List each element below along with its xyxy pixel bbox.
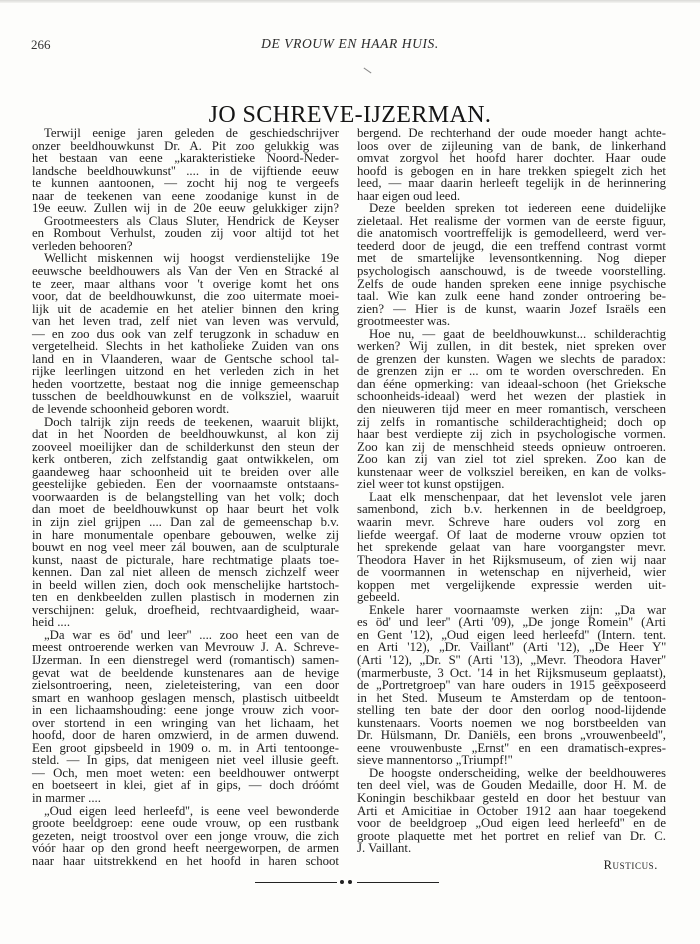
text-line: taal. Wie kan zulk eene hand zonder ontr… bbox=[357, 290, 666, 303]
text-line: sieve mannentorso „Triumpf!'' bbox=[357, 754, 666, 767]
text-line: van het leven trad, zelf niet van leven … bbox=[32, 315, 339, 328]
text-line: werken? Wij zullen, in dit bestek, niet … bbox=[357, 340, 666, 353]
text-line: (Arti '12), „Dr. S'' (Arti '13), „Mevr. … bbox=[357, 654, 666, 667]
text-column-left: Terwijl eenige jaren geleden de geschied… bbox=[32, 127, 339, 867]
text-line: Zoo kan zij van ziel tot ziel spreken. Z… bbox=[357, 453, 666, 466]
ornament-rule-left bbox=[255, 882, 337, 883]
end-ornament bbox=[255, 880, 439, 886]
text-line: in marmer .... bbox=[32, 792, 339, 805]
text-line: te kunnen aantoonen, — zocht hij nog te … bbox=[32, 177, 339, 190]
text-line: kerk ontberen, zich zelfstandig gaat ont… bbox=[32, 453, 339, 466]
text-line: naar haar uitstrekkend en het hoofd in h… bbox=[32, 855, 339, 868]
running-head: DE VROUW EN HAAR HUIS. bbox=[0, 36, 700, 52]
text-line: het sprekende gelaat van hare voorgangst… bbox=[357, 541, 666, 554]
text-line: verschijnen: geluk, droefheid, rechtvaar… bbox=[32, 604, 339, 617]
text-line: bergend. De rechterhand der oude moeder … bbox=[357, 127, 666, 140]
text-column-right: bergend. De rechterhand der oude moeder … bbox=[357, 127, 666, 855]
text-line: bouwt en nog veel meer zál bouwen, aan d… bbox=[32, 541, 339, 554]
text-line: voor de beeldgroep „Oud eigen leed herle… bbox=[357, 817, 666, 830]
text-line: Koningin beschikbaar gesteld en door het… bbox=[357, 792, 666, 805]
print-mark bbox=[364, 68, 372, 74]
text-line: het bestaan van eene „karakteristieke No… bbox=[32, 152, 339, 165]
text-line: steld. — In gips, dat menigeen niet veel… bbox=[32, 754, 339, 767]
text-line: waarin mevr. Schreve hare ouders vol zor… bbox=[357, 516, 666, 529]
text-line: haar best verdiepte zij zich in psycholo… bbox=[357, 428, 666, 441]
magazine-page: 266 DE VROUW EN HAAR HUIS. JO SCHREVE-IJ… bbox=[0, 0, 700, 944]
ornament-dot bbox=[348, 880, 352, 884]
text-line: Dr. Hülsmann, Dr. Daniëls, een brons „vr… bbox=[357, 729, 666, 742]
text-line: ten en denkbeelden zullen plastisch in m… bbox=[32, 591, 339, 604]
text-line: de voormannen in wetenschap en nijverhei… bbox=[357, 566, 666, 579]
ornament-dot bbox=[340, 880, 344, 884]
text-line: Deze beelden spreken tot iedereen eene d… bbox=[357, 202, 666, 215]
text-line: stelling ten bate der door den oorlog no… bbox=[357, 704, 666, 717]
text-line: vóór haar op den grond heeft neergeworpe… bbox=[32, 842, 339, 855]
text-line: eeuwsche beeldhouwers als Van der Ven en… bbox=[32, 265, 339, 278]
text-line: de levende schoonheid geboren wordt. bbox=[32, 403, 339, 416]
text-line: in een lichaamshouding: eene jonge vrouw… bbox=[32, 704, 339, 717]
text-line: psychologisch aanschouwd, is de tweede v… bbox=[357, 265, 666, 278]
text-line: grootmeester was. bbox=[357, 315, 666, 328]
text-line: heid .... bbox=[32, 616, 339, 629]
text-line: leed, — maar daarin herleeft tegelijk in… bbox=[357, 177, 666, 190]
text-line: groote beeldgroep: eene oude vrouw, op e… bbox=[32, 817, 339, 830]
text-line: ziel weer tot kunst opstijgen. bbox=[357, 478, 666, 491]
text-line: dat in het Noorden de beeldhouwkunst, al… bbox=[32, 428, 339, 441]
text-line: zielsontroering, neen, zieleteistering, … bbox=[32, 679, 339, 692]
ornament-rule-right bbox=[357, 882, 439, 883]
author-signature: Rusticus. bbox=[357, 859, 658, 872]
text-line: es öd' und leer'' (Arti '09), „De jonge … bbox=[357, 616, 666, 629]
text-line: gebeeld. bbox=[357, 591, 666, 604]
text-line: de „Portretgroep'' van hare ouders in 19… bbox=[357, 679, 666, 692]
text-line: voor, dat de beeldhouwkunst, die zoo uit… bbox=[32, 290, 339, 303]
text-line: kennen. Dan zal niet alleen de mensch zi… bbox=[32, 566, 339, 579]
text-line: hoofd, door de haren omzwierd, in de arm… bbox=[32, 729, 339, 742]
text-line: omvat zorgvol het hoofd harer dochter. H… bbox=[357, 152, 666, 165]
text-line: koppen met vergelijkende expressie werde… bbox=[357, 579, 666, 592]
text-line: vergetelheid. Slechts in het katholieke … bbox=[32, 340, 339, 353]
scan-edge bbox=[0, 0, 700, 3]
text-line: den nieuweren tijd meer en meer romantis… bbox=[357, 403, 666, 416]
text-line: 19e eeuw. Zullen wij in de 20e eeuw gelu… bbox=[32, 202, 339, 215]
text-line: geestelijke gebieden. Een der voornaamst… bbox=[32, 478, 339, 491]
text-line: IJzerman. In een dienstregel werd (roman… bbox=[32, 654, 339, 667]
text-line: J. Vaillant. bbox=[357, 842, 666, 855]
text-line: Terwijl eenige jaren geleden de geschied… bbox=[32, 127, 339, 140]
text-line: in zijn ziel grijpen .... Dan zal de gem… bbox=[32, 516, 339, 529]
